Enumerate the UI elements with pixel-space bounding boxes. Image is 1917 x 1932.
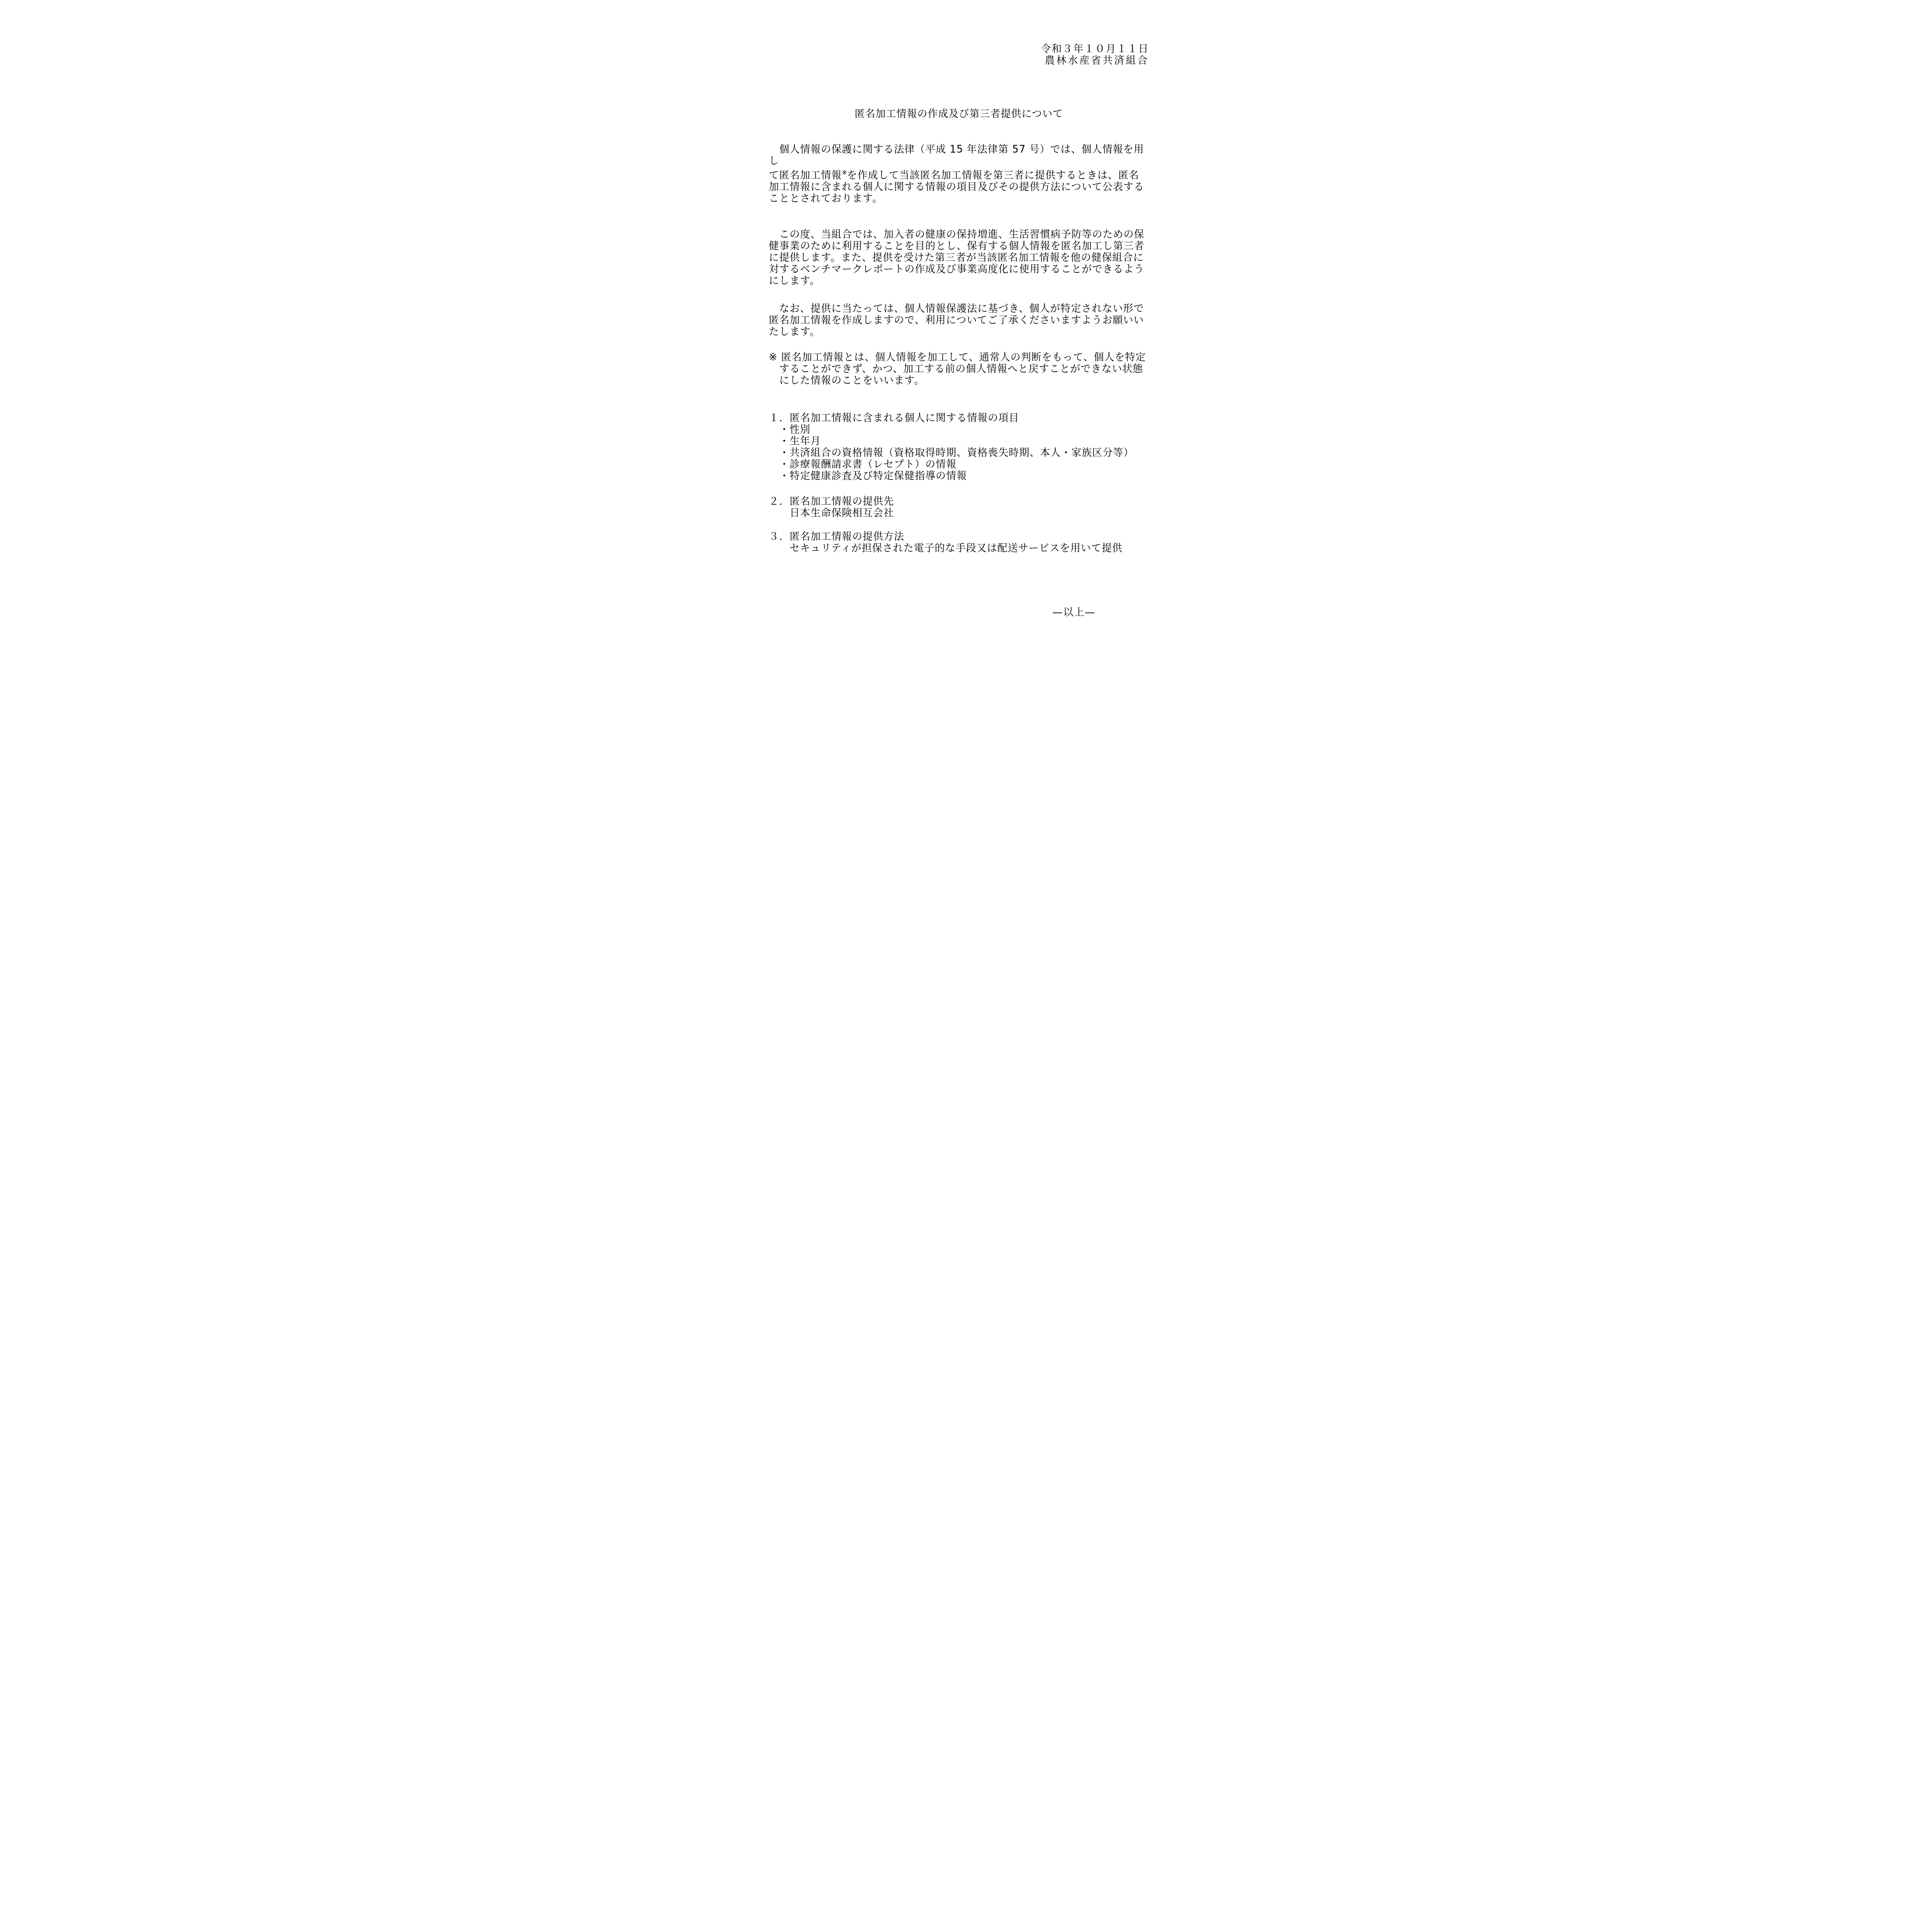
issuing-organization: 農林水産省共済組合	[769, 55, 1149, 66]
paragraph-law-basis: 個人情報の保護に関する法律（平成 15 年法律第 57 号）では、個人情報を用し…	[769, 144, 1149, 204]
closing-mark: —以上—	[769, 607, 1149, 618]
section-1-heading: １．匿名加工情報に含まれる個人に関する情報の項目	[769, 412, 1149, 424]
list-item-birth-year-month: ・生年月	[769, 435, 1149, 447]
section-information-items: １．匿名加工情報に含まれる個人に関する情報の項目 ・性別 ・生年月 ・共済組合の…	[769, 412, 1149, 482]
document-date: 令和３年１０月１１日	[769, 43, 1149, 55]
document-title: 匿名加工情報の作成及び第三者提供について	[769, 108, 1149, 120]
list-item-qualification-info: ・共済組合の資格情報（資格取得時期、資格喪失時期、本人・家族区分等）	[769, 447, 1149, 459]
reference-mark-superscript: ※	[842, 169, 847, 176]
paragraph-purpose: この度、当組合では、加入者の健康の保持増進、生活習慣病予防等のための保 健事業の…	[769, 229, 1149, 287]
paragraph-assurance: なお、提供に当たっては、個人情報保護法に基づき、個人が特定されない形で 匿名加工…	[769, 303, 1149, 338]
section-provision-recipient: ２．匿名加工情報の提供先 日本生命保険相互会社	[769, 496, 1149, 519]
recipient-company-name: 日本生命保険相互会社	[769, 507, 1149, 519]
provision-method-description: セキュリティが担保された電子的な手段又は配送サービスを用いて提供	[769, 543, 1149, 554]
section-3-heading: ３．匿名加工情報の提供方法	[769, 531, 1149, 543]
list-item-health-checkup-info: ・特定健康診査及び特定保健指導の情報	[769, 470, 1149, 482]
section-provision-method: ３．匿名加工情報の提供方法 セキュリティが担保された電子的な手段又は配送サービス…	[769, 531, 1149, 554]
document-page: 令和３年１０月１１日 農林水産省共済組合 匿名加工情報の作成及び第三者提供につい…	[719, 0, 1198, 678]
footnote-definition: ※ 匿名加工情報とは、個人情報を加工して、通常人の判断をもって、個人を特定 する…	[769, 352, 1149, 386]
list-item-receipt-info: ・診療報酬請求書（レセプト）の情報	[769, 459, 1149, 470]
document-header: 令和３年１０月１１日 農林水産省共済組合	[769, 43, 1149, 66]
list-item-gender: ・性別	[769, 424, 1149, 435]
section-2-heading: ２．匿名加工情報の提供先	[769, 496, 1149, 507]
